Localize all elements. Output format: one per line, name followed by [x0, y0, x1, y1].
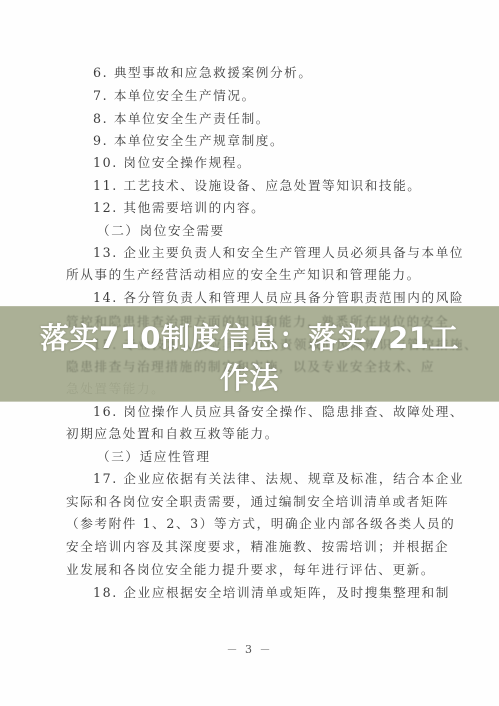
- text-line: 业发展和各岗位安全能力提升要求，每年进行评估、更新。: [66, 562, 435, 578]
- text-line: 17. 企业应依据有关法律、法规、规章及标准，结合本企业: [93, 471, 464, 487]
- section-heading: （三）适应性管理: [97, 449, 211, 465]
- text-line: 初期应急处置和自救互救等能力。: [66, 426, 279, 442]
- text-line: 6. 典型事故和应急救援案例分析。: [93, 65, 313, 81]
- text-line: 9. 本单位安全生产规章制度。: [93, 133, 284, 149]
- text-line: 实际和各岗位安全职责需要，通过编制安全培训清单或者矩阵: [66, 494, 449, 510]
- overlay-title: 落实710制度信息：落实721工 作法: [0, 318, 499, 398]
- text-line: 18. 企业应根据安全培训清单或矩阵，及时搜集整理和制: [93, 585, 450, 601]
- text-line: 13. 企业主要负责人和安全生产管理人员必须具备与本单位: [93, 245, 464, 261]
- text-line: 12. 其他需要培训的内容。: [93, 200, 265, 216]
- text-line: 16. 岗位操作人员应具备安全操作、隐患排查、故障处理、: [93, 404, 464, 420]
- overlay-title-line-2: 作法: [0, 358, 499, 398]
- overlay-title-line-1: 落实710制度信息：落实721工: [0, 318, 499, 358]
- section-heading: （二）岗位安全需要: [97, 223, 225, 239]
- text-line: 所从事的生产经营活动相应的安全生产知识和管理能力。: [66, 267, 421, 283]
- text-line: 11. 工艺技术、设施设备、应急处置等知识和技能。: [93, 178, 422, 194]
- document-page: 6. 典型事故和应急救援案例分析。7. 本单位安全生产情况。8. 本单位安全生产…: [0, 0, 499, 706]
- text-line: 8. 本单位安全生产责任制。: [93, 111, 270, 127]
- text-line: 7. 本单位安全生产情况。: [93, 88, 256, 104]
- text-line: 14. 各分管负责人和管理人员应具备分管职责范围内的风险: [93, 290, 464, 306]
- text-line: 安全培训内容及其深度要求，精准施教、按需培训；并根据企: [66, 539, 449, 555]
- text-line: （参考附件 1、2、3）等方式，明确企业内部各级各类人员的: [66, 516, 455, 532]
- page-number: － 3 －: [0, 641, 499, 657]
- text-line: 10. 岗位安全操作规程。: [93, 155, 251, 171]
